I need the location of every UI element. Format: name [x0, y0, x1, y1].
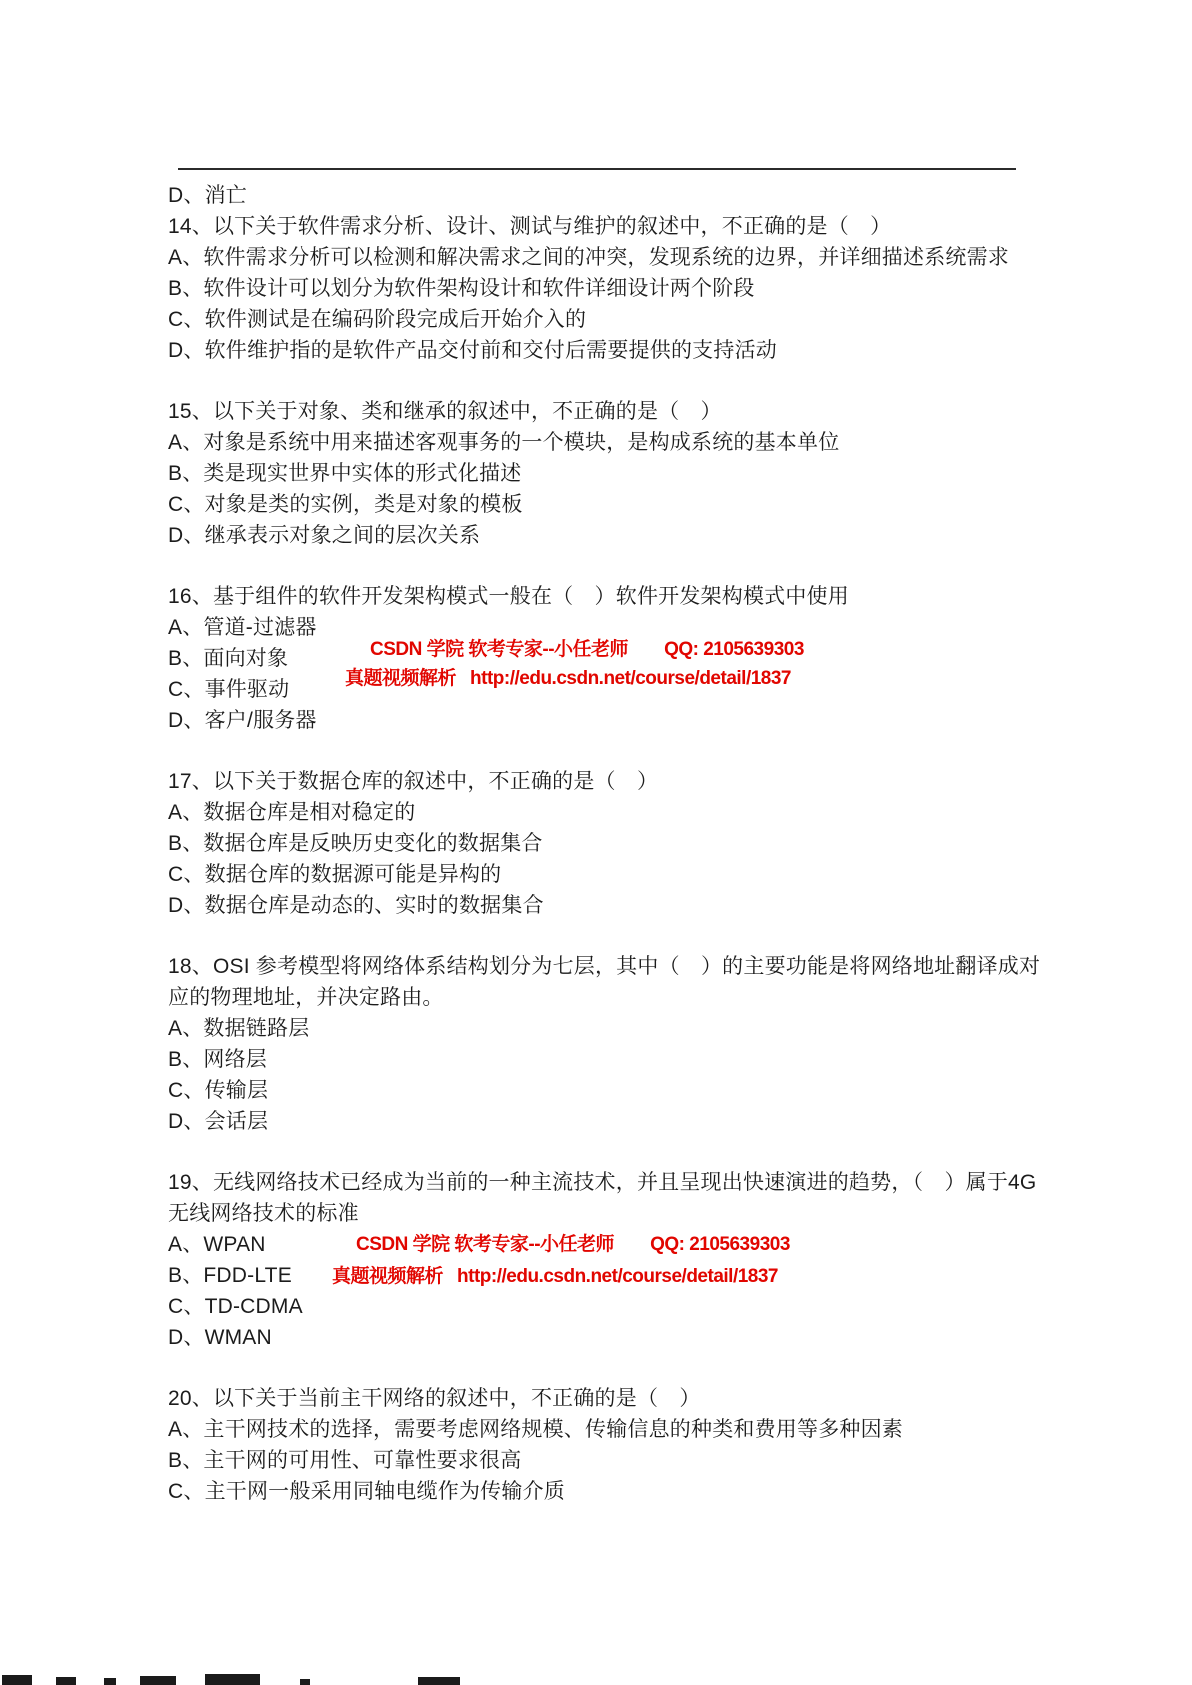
- text-fragment: [205, 1674, 260, 1685]
- question-block-18: 18、OSI 参考模型将网络体系结构划分为七层，其中（ ）的主要功能是将网络地址…: [168, 951, 1056, 1137]
- option: A、数据仓库是相对稳定的: [168, 797, 1056, 828]
- option: C、传输层: [168, 1075, 1056, 1106]
- option: C、数据仓库的数据源可能是异构的: [168, 859, 1056, 890]
- question-block-17: 17、以下关于数据仓库的叙述中，不正确的是（ ） A、数据仓库是相对稳定的 B、…: [168, 766, 1056, 921]
- exam-content: D、消亡 14、以下关于软件需求分析、设计、测试与维护的叙述中，不正确的是（ ）…: [168, 180, 1056, 1507]
- option: A、数据链路层: [168, 1013, 1056, 1044]
- option: B、类是现实世界中实体的形式化描述: [168, 458, 1056, 489]
- option: C、TD-CDMA: [168, 1291, 1056, 1322]
- question-text: 15、以下关于对象、类和继承的叙述中，不正确的是（ ）: [168, 396, 1056, 427]
- question-block-13-remainder: D、消亡: [168, 180, 1056, 211]
- option: D、消亡: [168, 180, 1056, 211]
- option: D、数据仓库是动态的、实时的数据集合: [168, 890, 1056, 921]
- question-text: 17、以下关于数据仓库的叙述中，不正确的是（ ）: [168, 766, 1056, 797]
- option: D、继承表示对象之间的层次关系: [168, 520, 1056, 551]
- question-text: 16、基于组件的软件开发架构模式一般在（ ）软件开发架构模式中使用: [168, 581, 1056, 612]
- option: B、网络层: [168, 1044, 1056, 1075]
- option: D、客户/服务器: [168, 705, 1056, 736]
- question-text: 14、以下关于软件需求分析、设计、测试与维护的叙述中，不正确的是（ ）: [168, 211, 1056, 242]
- csdn-qq-text: QQ: 2105639303: [650, 1234, 790, 1255]
- csdn-url-text: http://edu.csdn.net/course/detail/1837: [457, 1266, 778, 1287]
- option: B、主干网的可用性、可靠性要求很高: [168, 1445, 1056, 1476]
- csdn-qq-text: QQ: 2105639303: [664, 639, 804, 660]
- option: D、软件维护指的是软件产品交付前和交付后需要提供的支持活动: [168, 335, 1056, 366]
- csdn-watermark-line1: CSDN 学院 软考专家--小任老师QQ: 2105639303: [370, 639, 804, 661]
- question-block-14: 14、以下关于软件需求分析、设计、测试与维护的叙述中，不正确的是（ ） A、软件…: [168, 211, 1056, 366]
- text-fragment: [2, 1675, 32, 1685]
- text-fragment: [140, 1676, 176, 1685]
- csdn-url-text: http://edu.csdn.net/course/detail/1837: [470, 668, 791, 689]
- question-block-20: 20、以下关于当前主干网络的叙述中，不正确的是（ ） A、主干网技术的选择，需要…: [168, 1383, 1056, 1507]
- csdn-watermark-line2: 真题视频解析http://edu.csdn.net/course/detail/…: [345, 668, 791, 690]
- csdn-watermark-line2: 真题视频解析http://edu.csdn.net/course/detail/…: [332, 1266, 778, 1288]
- option: A、对象是系统中用来描述客观事务的一个模块，是构成系统的基本单位: [168, 427, 1056, 458]
- text-fragment: [56, 1677, 76, 1685]
- horizontal-divider: [178, 168, 1016, 170]
- csdn-brand-text: CSDN 学院 软考专家--小任老师: [370, 639, 628, 660]
- option: B、数据仓库是反映历史变化的数据集合: [168, 828, 1056, 859]
- question-text: 18、OSI 参考模型将网络体系结构划分为七层，其中（ ）的主要功能是将网络地址…: [168, 951, 1056, 1013]
- csdn-label-text: 真题视频解析: [345, 668, 456, 689]
- option: A、主干网技术的选择，需要考虑网络规模、传输信息的种类和费用等多种因素: [168, 1414, 1056, 1445]
- question-text: 20、以下关于当前主干网络的叙述中，不正确的是（ ）: [168, 1383, 1056, 1414]
- question-text: 19、无线网络技术已经成为当前的一种主流技术，并且呈现出快速演进的趋势，（ ）属…: [168, 1167, 1056, 1229]
- question-block-15: 15、以下关于对象、类和继承的叙述中，不正确的是（ ） A、对象是系统中用来描述…: [168, 396, 1056, 551]
- option: C、对象是类的实例，类是对象的模板: [168, 489, 1056, 520]
- cut-off-footer-fragments: [0, 1673, 470, 1685]
- option: C、软件测试是在编码阶段完成后开始介入的: [168, 304, 1056, 335]
- option: B、软件设计可以划分为软件架构设计和软件详细设计两个阶段: [168, 273, 1056, 304]
- document-page: D、消亡 14、以下关于软件需求分析、设计、测试与维护的叙述中，不正确的是（ ）…: [0, 0, 1192, 1685]
- text-fragment: [300, 1679, 310, 1685]
- option: C、主干网一般采用同轴电缆作为传输介质: [168, 1476, 1056, 1507]
- csdn-watermark-line1: CSDN 学院 软考专家--小任老师QQ: 2105639303: [356, 1234, 790, 1256]
- option: D、WMAN: [168, 1322, 1056, 1353]
- question-block-19: 19、无线网络技术已经成为当前的一种主流技术，并且呈现出快速演进的趋势，（ ）属…: [168, 1167, 1056, 1353]
- option: A、软件需求分析可以检测和解决需求之间的冲突，发现系统的边界，并详细描述系统需求: [168, 242, 1056, 273]
- text-fragment: [104, 1678, 116, 1685]
- csdn-label-text: 真题视频解析: [332, 1266, 443, 1287]
- text-fragment: [418, 1677, 460, 1685]
- option: D、会话层: [168, 1106, 1056, 1137]
- csdn-brand-text: CSDN 学院 软考专家--小任老师: [356, 1234, 614, 1255]
